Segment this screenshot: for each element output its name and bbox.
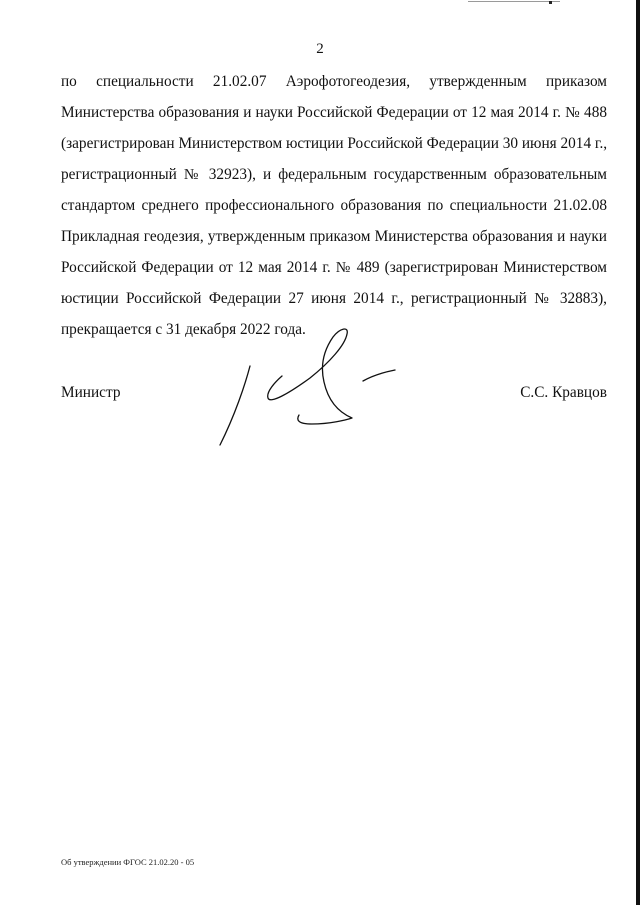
body-line: юстиции Российской Федерации 27 июня 201… [61, 283, 607, 314]
scan-right-edge [636, 0, 640, 905]
body-line: регистрационный № 32923), и федеральным … [61, 159, 607, 190]
document-body: по специальности 21.02.07 Аэрофотогеодез… [61, 66, 607, 345]
signer-title: Министр [61, 383, 120, 403]
scan-top-edge-line [468, 1, 560, 2]
body-line: (зарегистрирован Министерством юстиции Р… [61, 128, 607, 159]
body-line: стандартом среднего профессионального об… [61, 190, 607, 221]
body-line: по специальности 21.02.07 Аэрофотогеодез… [61, 66, 607, 97]
scan-mark [549, 1, 552, 4]
body-line: Прикладная геодезия, утвержденным приказ… [61, 221, 607, 252]
footer-note: Об утверждении ФГОС 21.02.20 - 05 [61, 857, 194, 867]
handwritten-signature-icon [200, 320, 420, 460]
body-line: Министерства образования и науки Российс… [61, 97, 607, 128]
signer-name: С.С. Кравцов [520, 383, 607, 403]
page-number: 2 [0, 40, 640, 58]
body-line: Российской Федерации от 12 мая 2014 г. №… [61, 252, 607, 283]
